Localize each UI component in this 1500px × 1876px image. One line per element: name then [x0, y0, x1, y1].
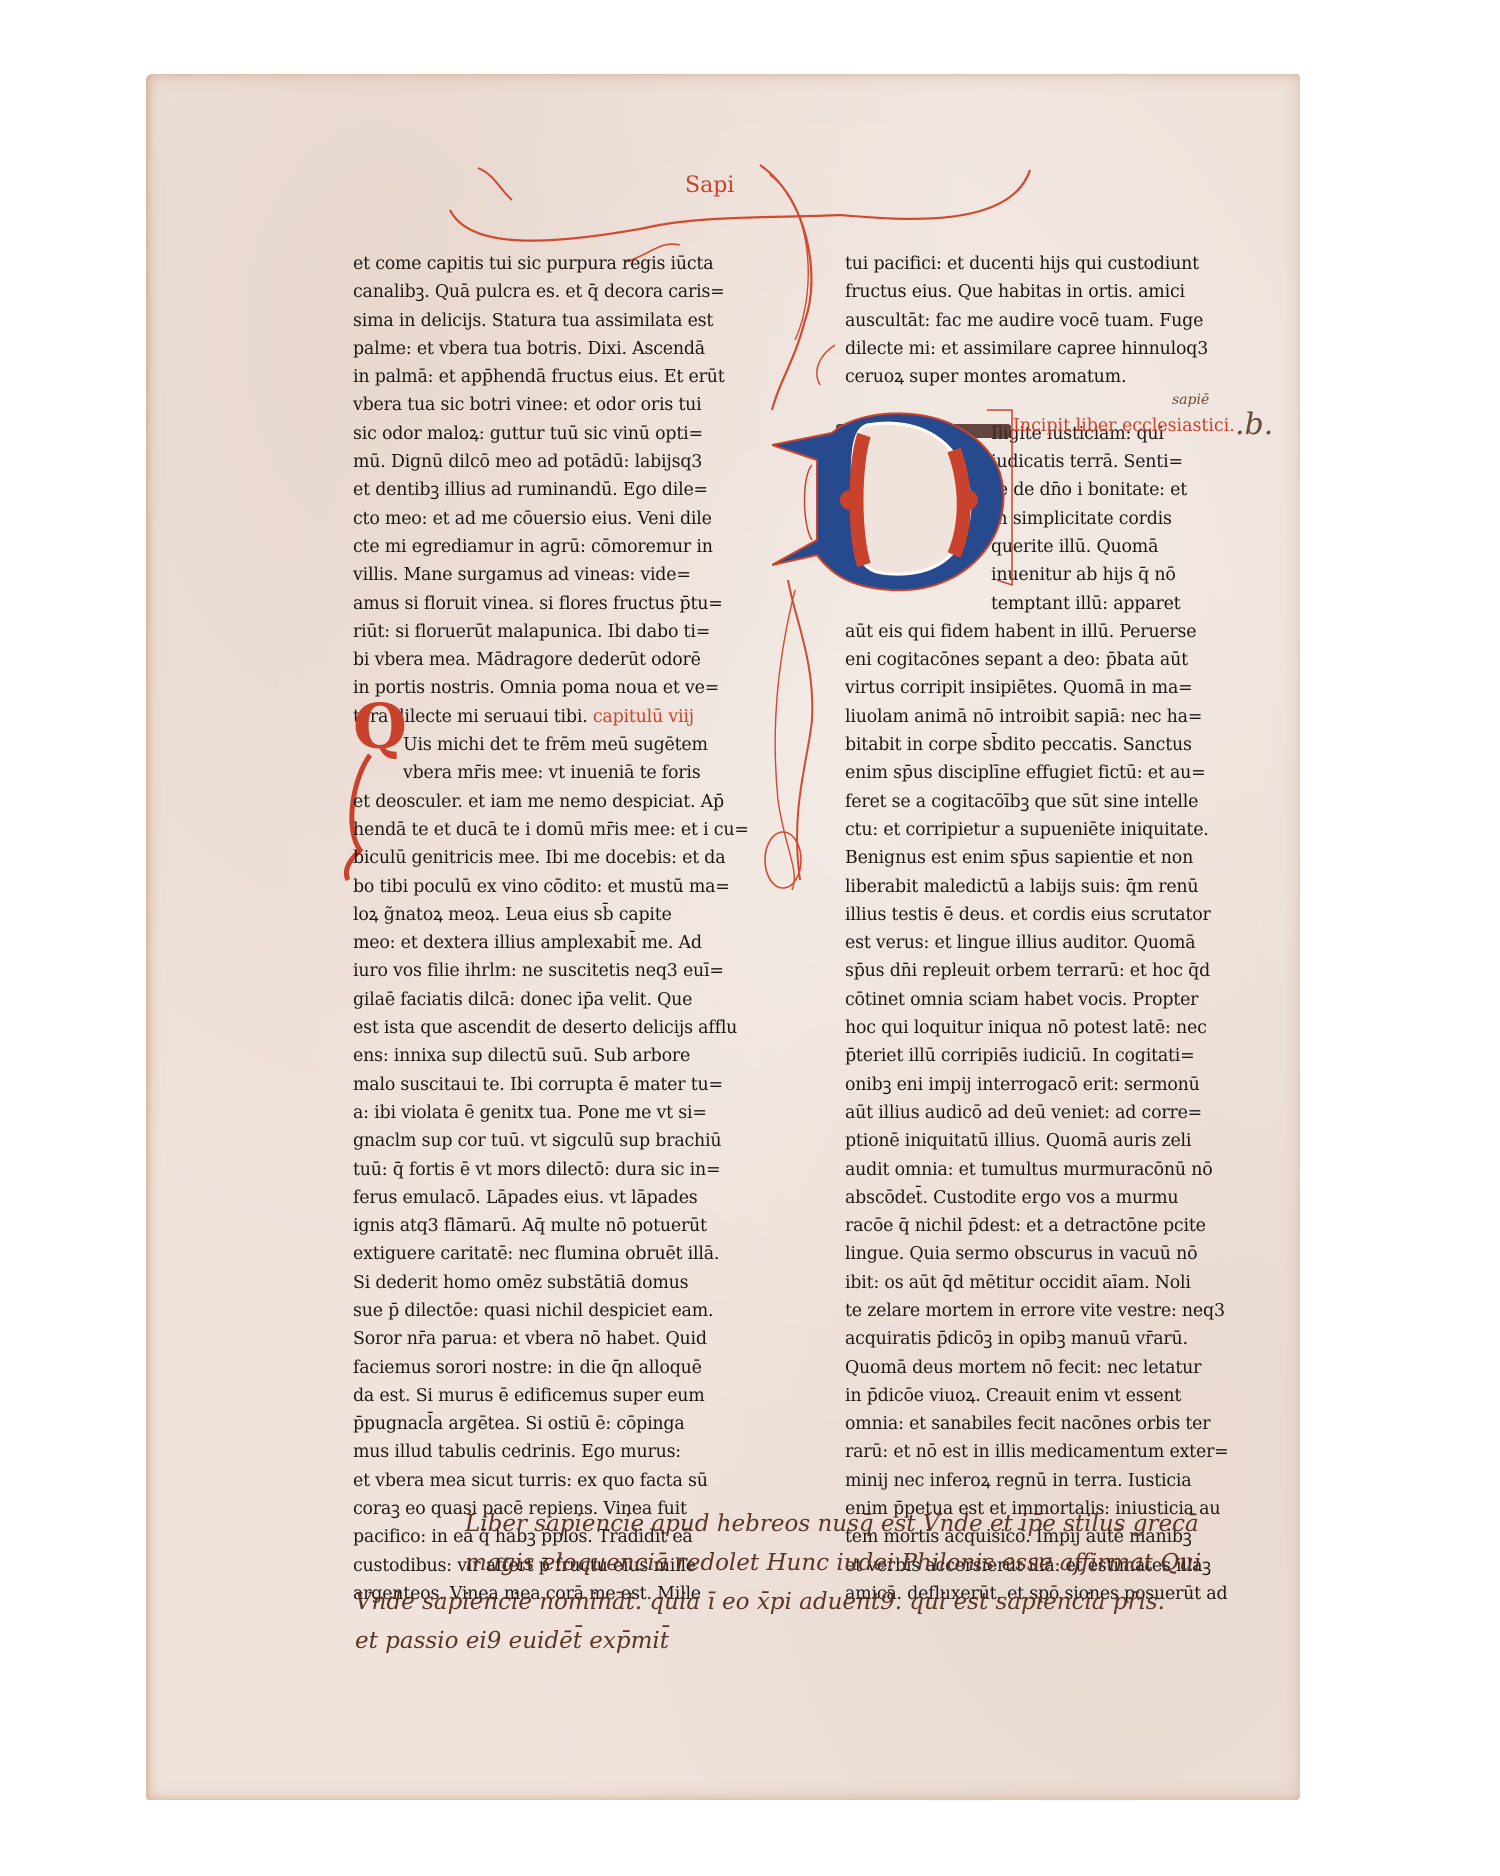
- text-line: ens: innixa sup dilectū suū. Sub arbore: [353, 1042, 758, 1070]
- text-line: Soror nr̄a parua: et vbera nō habet. Qui…: [353, 1325, 758, 1353]
- text-line: bo tibi poculū ex vino cōdito: et mustū …: [353, 873, 758, 901]
- chapter-marker: capitulū viij: [593, 707, 694, 727]
- text-line: vbera mr̄is mee: vt inueniā te foris: [353, 759, 758, 787]
- text-line: acquiratis p̄dicōꝫ in opibꝫ manuū vr̄arū…: [845, 1325, 1250, 1353]
- left-text-column: et come capitis tui sic purpura regis iū…: [353, 250, 758, 1608]
- text-line: cte mi egrediamur in agrū: cōmoremur in: [353, 533, 758, 561]
- illuminated-initial-d: [772, 405, 1017, 595]
- text-line: a: ibi violata ē genitx tua. Pone me vt …: [353, 1099, 758, 1127]
- text-line: extiguere caritatē: nec flumina obruēt i…: [353, 1240, 758, 1268]
- text-line: in p̄dicōe viuoꝝ. Creauit enim vt essent: [845, 1382, 1250, 1410]
- text-line: malo suscitaui te. Ibi corrupta ē mater …: [353, 1071, 758, 1099]
- text-line: liberabit maledictū a labijs suis: q̄m r…: [845, 873, 1250, 901]
- text-line: fructus eius. Que habitas in ortis. amic…: [845, 278, 1250, 306]
- text-line: gilaē faciatis dilcā: donec ip̄a velit. …: [353, 986, 758, 1014]
- text-line: da est. Si murus ē edificemus super eum: [353, 1382, 758, 1410]
- text-line: minij nec inferoꝝ regnū in terra. Iustic…: [845, 1467, 1250, 1495]
- text-line: ptionē iniquitatū illius. Quomā auris ze…: [845, 1127, 1250, 1155]
- text-line: dilecte mi: et assimilare capree hinnulo…: [845, 335, 1250, 363]
- text-line: ibit: os aūt q̄d mētitur occidit aīam. N…: [845, 1269, 1250, 1297]
- text-line: sima in delicijs. Statura tua assimilata…: [353, 307, 758, 335]
- text-line: canalibꝫ. Quā pulcra es. et q̄ decora ca…: [353, 278, 758, 306]
- text-line: enim sp̄us disciplīne effugiet fictū: et…: [845, 759, 1250, 787]
- text-line: hoc qui loquitur iniqua nō potest latē: …: [845, 1014, 1250, 1042]
- text-line: Quomā deus mortem nō fecit: nec letatur: [845, 1354, 1250, 1382]
- annotation-line: magis eloquenciā redolet Hunc iudei Phil…: [355, 1544, 1255, 1583]
- text-line: omnia: et sanabiles fecit nacōnes orbis …: [845, 1410, 1250, 1438]
- text-line: Si dederit homo omēz substātiā domus: [353, 1269, 758, 1297]
- text-line: illius testis ē deus. et cordis eius scr…: [845, 901, 1250, 929]
- annotation-line: Liber sapiencie apud hebreos nusq̄ est V…: [355, 1505, 1255, 1544]
- text-line: bi vbera mea. Mādragore dederūt odorē: [353, 646, 758, 674]
- text-line: in palmā: et app̄hendā fructus eius. Et …: [353, 363, 758, 391]
- text-line: mū. Dignū dilcō meo ad potādū: labijsq3: [353, 448, 758, 476]
- text-line: p̄teriet illū corripiēs iudiciū. In cogi…: [845, 1042, 1250, 1070]
- text-line: ceruoꝝ super montes aromatum.: [845, 363, 1250, 391]
- text-line: ctu: et corripietur a supueniēte iniquit…: [845, 816, 1250, 844]
- annotation-line: et passio ei9 euidēt̄ exp̄mit̄: [355, 1622, 1255, 1661]
- text-line: aūt eis qui fidem habent in illū. Peruer…: [845, 618, 1250, 646]
- text-line: vbera tua sic botri vinee: et odor oris …: [353, 391, 758, 419]
- text-line: et vbera mea sicut turris: ex quo facta …: [353, 1467, 758, 1495]
- text-line: ferus emulacō. Lāpades eius. vt lāpades: [353, 1184, 758, 1212]
- text-line: et dentibꝫ illius ad ruminandū. Ego dile…: [353, 476, 758, 504]
- text-line: et come capitis tui sic purpura regis iū…: [353, 250, 758, 278]
- text-line: ignis atq3 flāmarū. Aq̄ multe nō potuerū…: [353, 1212, 758, 1240]
- text-line: mus illud tabulis cedrinis. Ego murus:: [353, 1438, 758, 1466]
- text-line: racōe q̄ nichil p̄dest: et a detractōne …: [845, 1212, 1250, 1240]
- text-line: sic odor maloꝝ: guttur tuū sic vinū opti…: [353, 420, 758, 448]
- text-line: est verus: et lingue illius auditor. Quo…: [845, 929, 1250, 957]
- text-line: meo: et dextera illius amplexabit̄ me. A…: [353, 929, 758, 957]
- text-line: faciemus sorori nostre: in die q̄n alloq…: [353, 1354, 758, 1382]
- text-line: et deosculer. et iam me nemo despiciat. …: [353, 788, 758, 816]
- text-line: sue p̄ dilectōe: quasi nichil despiciet …: [353, 1297, 758, 1325]
- text-line: tui pacifici: et ducenti hijs qui custod…: [845, 250, 1250, 278]
- text-line: onibꝫ eni impij interrogacō erit: sermon…: [845, 1071, 1250, 1099]
- annotation-line: Vnde sapiencie nomināt. quia ī eo x̄pi a…: [355, 1583, 1255, 1622]
- text-line: p̄pugnacl̄a argētea. Si ostiū ē: cōpinga: [353, 1410, 758, 1438]
- text-line: est ista que ascendit de deserto delicij…: [353, 1014, 758, 1042]
- margin-note-folio: .b.: [1235, 407, 1273, 442]
- text-line: Benignus est enim sp̄us sapientie et non: [845, 844, 1250, 872]
- text-line: auscultāt: fac me audire vocē tuam. Fuge: [845, 307, 1250, 335]
- text-line: te zelare mortem in errore vite vestre: …: [845, 1297, 1250, 1325]
- text-line: virtus corripit insipiētes. Quomā in ma=: [845, 674, 1250, 702]
- text-line: biculū genitricis mee. Ibi me docebis: e…: [353, 844, 758, 872]
- margin-note-sapie: sapiē: [1172, 392, 1209, 408]
- text-line: cōtinet omnia sciam habet vocis. Propter: [845, 986, 1250, 1014]
- text-line: sp̄us dn̄i repleuit orbem terrarū: et ho…: [845, 957, 1250, 985]
- text-line: feret se a cogitacōībꝫ que sūt sine inte…: [845, 788, 1250, 816]
- text-line: Uis michi det te frēm meū sugētem: [353, 731, 758, 759]
- text-line: rarū: et nō est in illis medicamentum ex…: [845, 1438, 1250, 1466]
- text-line: audit omnia: et tumultus murmuracōnū nō: [845, 1156, 1250, 1184]
- text-line: tera dilecte mi seruaui tibi. capitulū v…: [353, 703, 758, 731]
- text-line: palme: et vbera tua botris. Dixi. Ascend…: [353, 335, 758, 363]
- text-line: iuro vos filie ihrlm: ne suscitetis neq3…: [353, 957, 758, 985]
- text-line: gnaclm sup cor tuū. vt sigculū sup brach…: [353, 1127, 758, 1155]
- text-line: cto meo: et ad me cōuersio eius. Veni di…: [353, 505, 758, 533]
- text-line: tuū: q̄ fortis ē vt mors dilectō: dura s…: [353, 1156, 758, 1184]
- text-line: loꝝ g̃natoꝝ meoꝝ. Leua eius sb̄ capite: [353, 901, 758, 929]
- text-line: amus si floruit vinea. si flores fructus…: [353, 590, 758, 618]
- text-line: villis. Mane surgamus ad vineas: vide=: [353, 561, 758, 589]
- red-initial-q: Q: [353, 697, 401, 757]
- running-head: Sapi: [685, 173, 734, 198]
- text-line: lingue. Quia sermo obscurus in vacuū nō: [845, 1240, 1250, 1268]
- text-line: bitabit in corpe sb̄dito peccatis. Sanct…: [845, 731, 1250, 759]
- text-line: abscōdet̄. Custodite ergo vos a murmu: [845, 1184, 1250, 1212]
- text-line: hendā te et ducā te i domū mr̄is mee: et…: [353, 816, 758, 844]
- incipit-rubric: Incipit liber ecclesiastici.: [1013, 416, 1235, 436]
- text-line: in portis nostris. Omnia poma noua et ve…: [353, 674, 758, 702]
- text-line: aūt illius audicō ad deū veniet: ad corr…: [845, 1099, 1250, 1127]
- text-line: liuolam animā nō introibit sapiā: nec ha…: [845, 703, 1250, 731]
- text-line: riūt: si floruerūt malapunica. Ibi dabo …: [353, 618, 758, 646]
- text-line: eni cogitacōnes sepant a deo: p̄bata aūt: [845, 646, 1250, 674]
- handwritten-annotation: Liber sapiencie apud hebreos nusq̄ est V…: [355, 1505, 1255, 1661]
